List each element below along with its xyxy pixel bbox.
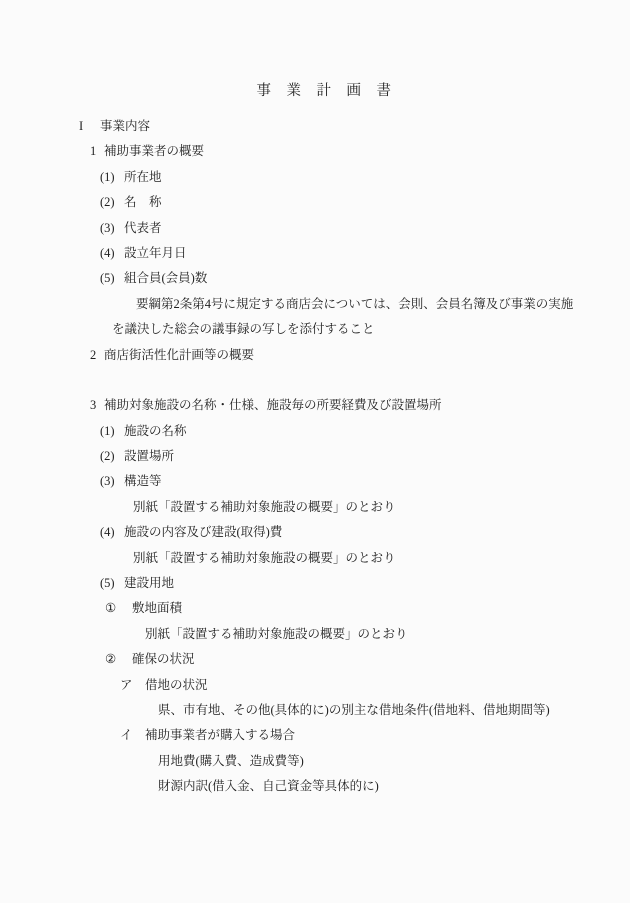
list-marker: I [79, 114, 100, 139]
line-text: 施設の名称 [124, 424, 187, 438]
line-text: 代表者 [124, 221, 162, 235]
list-marker: (5) [100, 266, 124, 291]
list-marker: (3) [100, 216, 124, 241]
list-marker: ① [105, 596, 132, 621]
line-text: 補助事業者の概要 [104, 144, 204, 158]
line-text: 所在地 [124, 170, 162, 184]
document-line: を議決した総会の議事録の写しを添付すること [0, 317, 630, 342]
document-page: 事 業 計 画 書 I事業内容1補助事業者の概要(1)所在地(2)名 称(3)代… [0, 0, 630, 903]
line-text: 借地の状況 [145, 678, 208, 692]
document-line: (4)設立年月日 [0, 241, 630, 266]
document-line: ①敷地面積 [0, 596, 630, 621]
document-line: 財源内訳(借入金、自己資金等具体的に) [0, 774, 630, 799]
document-line: 別紙「設置する補助対象施設の概要」のとおり [0, 495, 630, 520]
list-marker: (1) [100, 165, 124, 190]
list-marker: イ [120, 723, 145, 748]
document-body: I事業内容1補助事業者の概要(1)所在地(2)名 称(3)代表者(4)設立年月日… [0, 114, 630, 800]
list-marker: (4) [100, 241, 124, 266]
line-text: 用地費(購入費、造成費等) [158, 754, 304, 768]
document-line: (4)施設の内容及び建設(取得)費 [0, 520, 630, 545]
document-line: イ補助事業者が購入する場合 [0, 723, 630, 748]
line-text: 建設用地 [124, 576, 174, 590]
line-text: 名 称 [124, 195, 162, 209]
document-line: 3補助対象施設の名称・仕様、施設毎の所要経費及び設置場所 [0, 393, 630, 418]
line-text: 確保の状況 [132, 652, 195, 666]
document-line: 別紙「設置する補助対象施設の概要」のとおり [0, 622, 630, 647]
line-text: 財源内訳(借入金、自己資金等具体的に) [158, 779, 379, 793]
list-marker: 2 [90, 343, 104, 368]
document-line: (2)名 称 [0, 190, 630, 215]
document-line: 2商店街活性化計画等の概要 [0, 343, 630, 368]
document-line: (2)設置場所 [0, 444, 630, 469]
line-text: 補助事業者が購入する場合 [145, 728, 295, 742]
document-line: 要綱第2条第4号に規定する商店会については、会則、会員名簿及び事業の実施 [0, 292, 630, 317]
line-text: 設立年月日 [124, 246, 187, 260]
list-marker: 1 [90, 139, 104, 164]
document-line: (1)施設の名称 [0, 419, 630, 444]
line-text: 県、市有地、その他(具体的に)の別主な借地条件(借地料、借地期間等) [158, 703, 550, 717]
document-line: (3)代表者 [0, 216, 630, 241]
line-text: 要綱第2条第4号に規定する商店会については、会則、会員名簿及び事業の実施 [136, 297, 573, 311]
line-text: 補助対象施設の名称・仕様、施設毎の所要経費及び設置場所 [104, 398, 442, 412]
line-text: 構造等 [124, 474, 162, 488]
list-marker: ② [105, 647, 132, 672]
line-text: 商店街活性化計画等の概要 [104, 348, 254, 362]
line-text: 施設の内容及び建設(取得)費 [124, 525, 282, 539]
list-marker: (5) [100, 571, 124, 596]
line-text: 組合員(会員)数 [124, 271, 207, 285]
document-line: (3)構造等 [0, 469, 630, 494]
document-line: (5)組合員(会員)数 [0, 266, 630, 291]
document-line: 1補助事業者の概要 [0, 139, 630, 164]
list-marker: (3) [100, 469, 124, 494]
list-marker: 3 [90, 393, 104, 418]
document-line: (1)所在地 [0, 165, 630, 190]
document-line: ア借地の状況 [0, 673, 630, 698]
line-text: 別紙「設置する補助対象施設の概要」のとおり [133, 551, 396, 565]
document-line: 県、市有地、その他(具体的に)の別主な借地条件(借地料、借地期間等) [0, 698, 630, 723]
line-text: 別紙「設置する補助対象施設の概要」のとおり [145, 627, 408, 641]
list-marker: (1) [100, 419, 124, 444]
document-line: 用地費(購入費、造成費等) [0, 749, 630, 774]
list-marker: ア [120, 673, 145, 698]
list-marker: (4) [100, 520, 124, 545]
line-text: 事業内容 [100, 119, 150, 133]
document-line: ②確保の状況 [0, 647, 630, 672]
document-line: I事業内容 [0, 114, 630, 139]
line-text: 設置場所 [124, 449, 174, 463]
line-text: を議決した総会の議事録の写しを添付すること [112, 322, 375, 336]
line-text: 別紙「設置する補助対象施設の概要」のとおり [133, 500, 396, 514]
document-title: 事 業 計 画 書 [0, 0, 630, 100]
list-marker: (2) [100, 444, 124, 469]
list-marker: (2) [100, 190, 124, 215]
document-line: (5)建設用地 [0, 571, 630, 596]
line-text: 敷地面積 [132, 601, 182, 615]
document-line: 別紙「設置する補助対象施設の概要」のとおり [0, 546, 630, 571]
